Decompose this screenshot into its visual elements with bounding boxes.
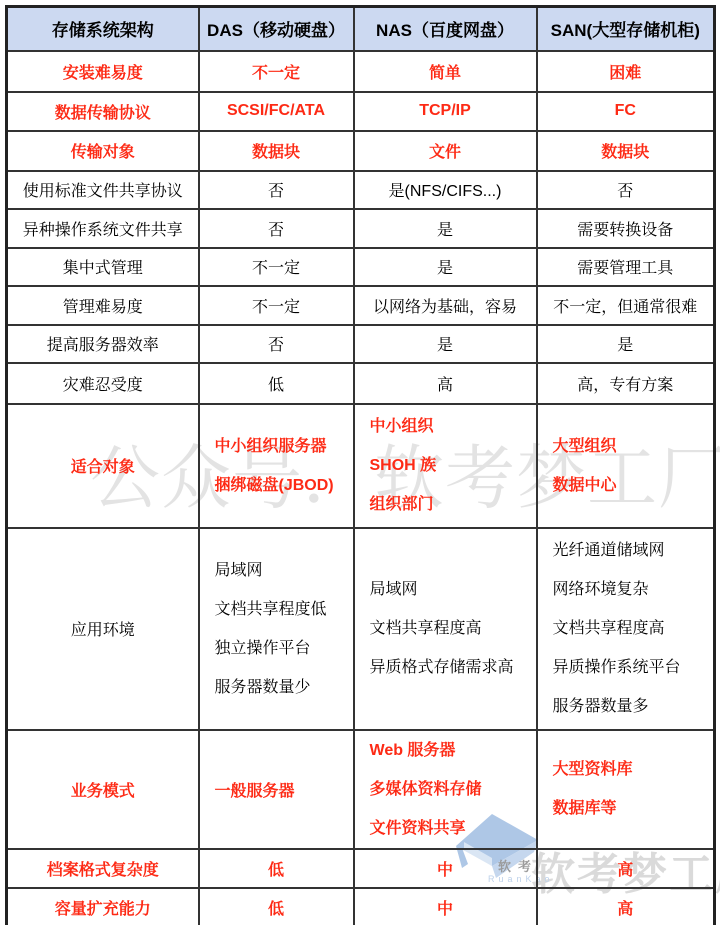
cell: 以网络为基础，容易 xyxy=(354,286,537,325)
cell: 局域网 文档共享程度低 独立操作平台 服务器数量少 xyxy=(199,528,354,730)
column-header-san: SAN(大型存储机柜) xyxy=(537,7,715,51)
cell: 不一定 xyxy=(199,286,354,325)
cell: 简单 xyxy=(354,51,537,92)
cell-line: 文档共享程度高 xyxy=(553,609,714,648)
cell: 不一定 xyxy=(199,248,354,286)
table-row: 异种操作系统文件共享 否 是 需要转换设备 xyxy=(7,209,715,248)
table-row: 安装难易度 不一定 简单 困难 xyxy=(7,51,715,92)
cell: 中 xyxy=(354,888,537,925)
cell: 高 xyxy=(354,363,537,404)
header-row: 存储系统架构 DAS（移动硬盘） NAS（百度网盘） SAN(大型存储机柜) xyxy=(7,7,715,51)
cell-line: Web 服务器 xyxy=(370,731,536,770)
cell-line: 独立操作平台 xyxy=(215,629,353,668)
row-label: 安装难易度 xyxy=(7,51,199,92)
cell-line: 光纤通道储域网 xyxy=(553,531,714,570)
cell: 高 xyxy=(537,849,715,888)
row-label: 提高服务器效率 xyxy=(7,325,199,363)
column-header-architecture: 存储系统架构 xyxy=(7,7,199,51)
cell: 数据块 xyxy=(537,131,715,171)
cell-line: 服务器数量多 xyxy=(553,687,714,726)
cell: 困难 xyxy=(537,51,715,92)
cell: 否 xyxy=(199,325,354,363)
cell: 低 xyxy=(199,849,354,888)
cell: 是 xyxy=(537,325,715,363)
storage-comparison-table: 存储系统架构 DAS（移动硬盘） NAS（百度网盘） SAN(大型存储机柜) 安… xyxy=(5,5,716,925)
cell: 否 xyxy=(199,171,354,209)
cell: Web 服务器 多媒体资料存储 文件资料共享 xyxy=(354,730,537,849)
cell-line: 局域网 xyxy=(370,570,536,609)
table-row: 应用环境 局域网 文档共享程度低 独立操作平台 服务器数量少 局域网 文档共享程… xyxy=(7,528,715,730)
row-label: 数据传输协议 xyxy=(7,92,199,131)
table-row: 容量扩充能力 低 中 高 xyxy=(7,888,715,925)
cell: 否 xyxy=(199,209,354,248)
cell-line: 捆绑磁盘(JBOD) xyxy=(215,466,353,505)
cell: TCP/IP xyxy=(354,92,537,131)
cell-line: 大型资料库 xyxy=(553,750,714,789)
cell: FC xyxy=(537,92,715,131)
cell-line: 文件资料共享 xyxy=(370,809,536,848)
column-header-nas: NAS（百度网盘） xyxy=(354,7,537,51)
cell: 大型资料库 数据库等 xyxy=(537,730,715,849)
cell-line: 异质格式存储需求高 xyxy=(370,648,536,687)
cell: 局域网 文档共享程度高 异质格式存储需求高 xyxy=(354,528,537,730)
cell: 是 xyxy=(354,248,537,286)
cell-line: 多媒体资料存储 xyxy=(370,770,536,809)
cell-line: 文档共享程度低 xyxy=(215,590,353,629)
cell-line: 服务器数量少 xyxy=(215,668,353,707)
table-row: 管理难易度 不一定 以网络为基础，容易 不一定，但通常很难 xyxy=(7,286,715,325)
cell: 高，专有方案 xyxy=(537,363,715,404)
table-row: 业务模式 一般服务器 Web 服务器 多媒体资料存储 文件资料共享 大型资料库 … xyxy=(7,730,715,849)
cell: 低 xyxy=(199,888,354,925)
cell: 光纤通道储域网 网络环境复杂 文档共享程度高 异质操作系统平台 服务器数量多 xyxy=(537,528,715,730)
table-row: 档案格式复杂度 低 中 高 xyxy=(7,849,715,888)
cell: 一般服务器 xyxy=(199,730,354,849)
table-row: 传输对象 数据块 文件 数据块 xyxy=(7,131,715,171)
row-label: 适合对象 xyxy=(7,404,199,528)
cell-line: SHOH 族 xyxy=(370,446,536,485)
cell-line: 局域网 xyxy=(215,551,353,590)
cell: 中小组织服务器 捆绑磁盘(JBOD) xyxy=(199,404,354,528)
cell: 是 xyxy=(354,325,537,363)
table-row: 集中式管理 不一定 是 需要管理工具 xyxy=(7,248,715,286)
table-row: 提高服务器效率 否 是 是 xyxy=(7,325,715,363)
row-label: 管理难易度 xyxy=(7,286,199,325)
row-label: 异种操作系统文件共享 xyxy=(7,209,199,248)
cell: 低 xyxy=(199,363,354,404)
row-label: 业务模式 xyxy=(7,730,199,849)
column-header-das: DAS（移动硬盘） xyxy=(199,7,354,51)
row-label: 容量扩充能力 xyxy=(7,888,199,925)
row-label: 应用环境 xyxy=(7,528,199,730)
cell: 需要管理工具 xyxy=(537,248,715,286)
table-row: 灾难忍受度 低 高 高，专有方案 xyxy=(7,363,715,404)
cell: 需要转换设备 xyxy=(537,209,715,248)
cell-line: 大型组织 xyxy=(553,427,714,466)
cell: 是(NFS/CIFS...) xyxy=(354,171,537,209)
cell-line: 中小组织服务器 xyxy=(215,427,353,466)
cell: 否 xyxy=(537,171,715,209)
cell: 文件 xyxy=(354,131,537,171)
cell: 不一定 xyxy=(199,51,354,92)
table-row: 使用标准文件共享协议 否 是(NFS/CIFS...) 否 xyxy=(7,171,715,209)
cell: 中小组织 SHOH 族 组织部门 xyxy=(354,404,537,528)
row-label: 使用标准文件共享协议 xyxy=(7,171,199,209)
cell: SCSI/FC/ATA xyxy=(199,92,354,131)
cell: 中 xyxy=(354,849,537,888)
row-label: 传输对象 xyxy=(7,131,199,171)
cell-line: 异质操作系统平台 xyxy=(553,648,714,687)
cell: 大型组织 数据中心 xyxy=(537,404,715,528)
row-label: 灾难忍受度 xyxy=(7,363,199,404)
row-label: 集中式管理 xyxy=(7,248,199,286)
cell: 是 xyxy=(354,209,537,248)
cell-line: 数据中心 xyxy=(553,466,714,505)
row-label: 档案格式复杂度 xyxy=(7,849,199,888)
cell: 高 xyxy=(537,888,715,925)
cell: 数据块 xyxy=(199,131,354,171)
table-row: 数据传输协议 SCSI/FC/ATA TCP/IP FC xyxy=(7,92,715,131)
cell-line: 组织部门 xyxy=(370,485,536,524)
cell-line: 数据库等 xyxy=(553,789,714,828)
table-row: 适合对象 中小组织服务器 捆绑磁盘(JBOD) 中小组织 SHOH 族 组织部门… xyxy=(7,404,715,528)
cell-line: 网络环境复杂 xyxy=(553,570,714,609)
cell: 不一定，但通常很难 xyxy=(537,286,715,325)
cell-line: 中小组织 xyxy=(370,407,536,446)
cell-line: 文档共享程度高 xyxy=(370,609,536,648)
